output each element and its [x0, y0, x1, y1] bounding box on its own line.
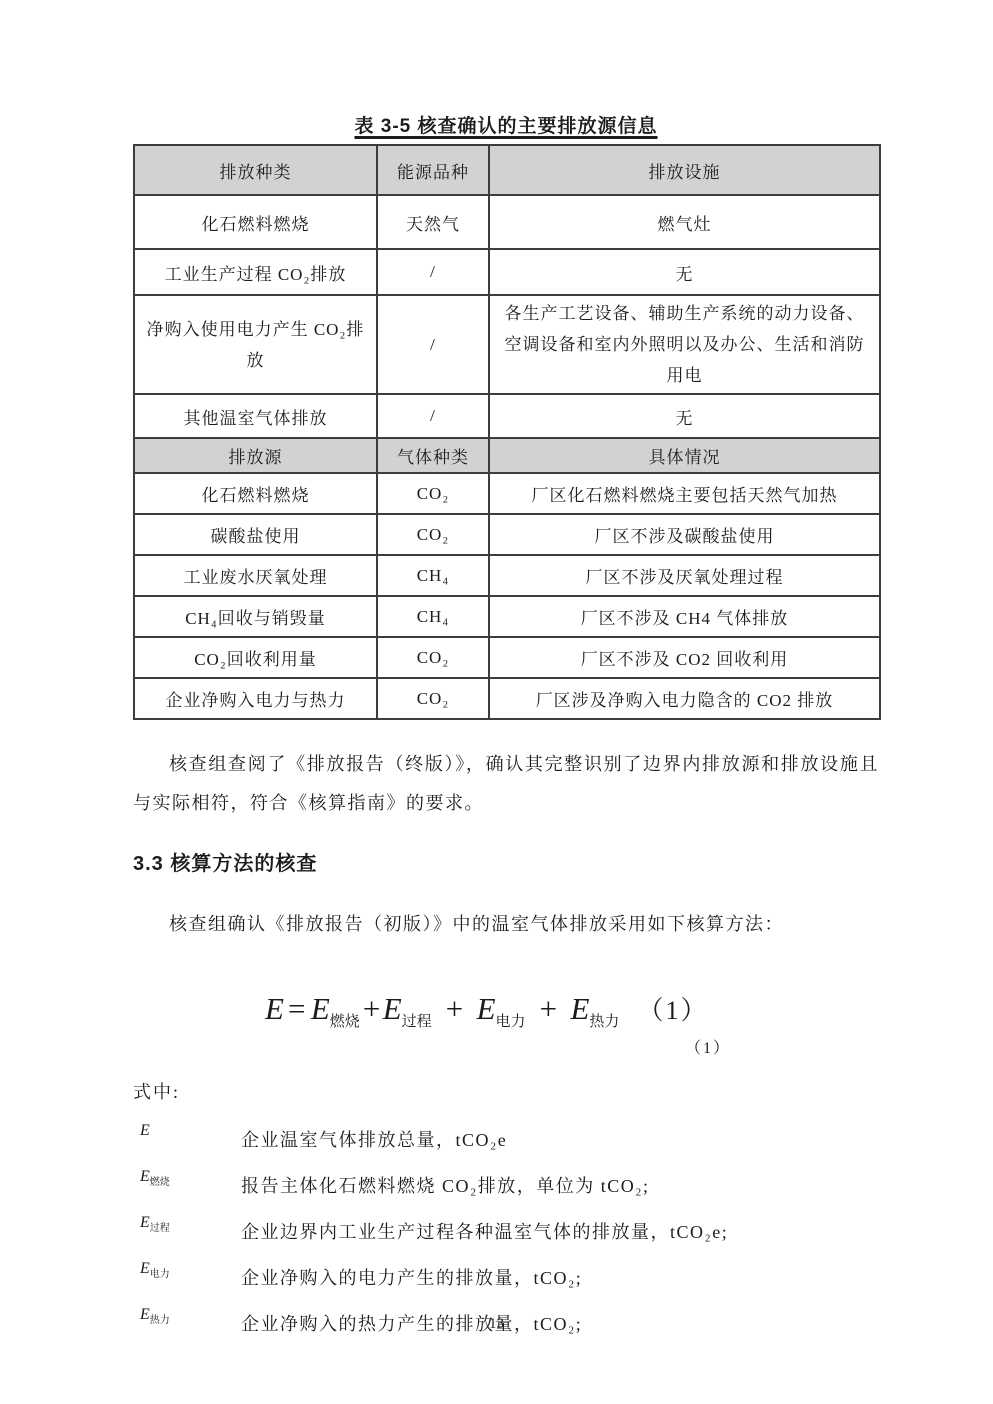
page-number: 13 [0, 1316, 993, 1333]
table-row: 工业生产过程 CO₂排放 / 无 [134, 249, 880, 295]
table-cell: 厂区不涉及碳酸盐使用 [489, 514, 880, 555]
section-heading-3-3: 3.3 核算方法的核查 [133, 847, 879, 876]
table-cell: CO₂ [377, 678, 489, 719]
formula-term-sub: 电力 [496, 1014, 526, 1030]
table-cell: CO₂回收利用量 [134, 637, 377, 678]
table-row: 企业净购入电力与热力 CO₂ 厂区涉及净购入电力隐含的 CO2 排放 [134, 678, 880, 719]
definition-symbol: E过程 [133, 1214, 241, 1234]
formula-number-below: （1） [133, 1035, 879, 1058]
formula-lhs: E [265, 991, 284, 1026]
table-row: 碳酸盐使用 CO₂ 厂区不涉及碳酸盐使用 [134, 514, 880, 555]
table-cell: 工业生产过程 CO₂排放 [134, 249, 377, 295]
symbol-base: E [140, 1214, 150, 1231]
table-row: 化石燃料燃烧 天然气 燃气灶 [134, 195, 880, 249]
table-header-row-1: 排放种类 能源品种 排放设施 [134, 145, 880, 195]
symbol-sub: 电力 [150, 1269, 170, 1280]
formula-equals: = [286, 991, 307, 1026]
table-header-row-2: 排放源 气体种类 具体情况 [134, 438, 880, 473]
table-cell: / [377, 249, 489, 295]
table-cell: 净购入使用电力产生 CO₂排放 [134, 295, 377, 394]
definitions-list: E 企业温室气体排放总量，tCO₂e E燃烧 报告主体化石燃料燃烧 CO₂排放，… [133, 1126, 879, 1339]
table-cell: / [377, 394, 489, 438]
definition-text: 企业温室气体排放总量，tCO₂e [241, 1126, 507, 1155]
table-row: 工业废水厌氧处理 CH₄ 厂区不涉及厌氧处理过程 [134, 555, 880, 596]
paragraph-verification-conclusion: 核查组查阅了《排放报告（终版）》，确认其完整识别了边界内排放源和排放设施且与实际… [133, 745, 879, 823]
table-row: CO₂回收利用量 CO₂ 厂区不涉及 CO2 回收利用 [134, 637, 880, 678]
header-cell: 能源品种 [377, 145, 489, 195]
table-cell: 企业净购入电力与热力 [134, 678, 377, 719]
definition-symbol: E电力 [133, 1260, 241, 1280]
table-cell: 厂区化石燃料燃烧主要包括天然气加热 [489, 473, 880, 514]
formula-plus: + [538, 991, 559, 1026]
emission-sources-table: 排放种类 能源品种 排放设施 化石燃料燃烧 天然气 燃气灶 工业生产过程 CO₂… [133, 144, 881, 720]
formula-plus: + [444, 991, 465, 1026]
header-cell: 排放设施 [489, 145, 880, 195]
definition-symbol: E燃烧 [133, 1168, 241, 1188]
formula-term-base: E [383, 991, 402, 1026]
table-row: 净购入使用电力产生 CO₂排放 / 各生产工艺设备、辅助生产系统的动力设备、空调… [134, 295, 880, 394]
table-cell: 厂区不涉及 CH4 气体排放 [489, 596, 880, 637]
symbol-sub: 燃烧 [150, 1177, 170, 1188]
definitions-intro: 式中: [133, 1078, 879, 1104]
table-cell: CO₂ [377, 637, 489, 678]
definition-text: 报告主体化石燃料燃烧 CO₂排放，单位为 tCO₂; [241, 1172, 650, 1201]
symbol-base: E [140, 1260, 150, 1277]
definition-symbol: E [133, 1122, 241, 1142]
table-cell: 工业废水厌氧处理 [134, 555, 377, 596]
table-cell: CO₂ [377, 473, 489, 514]
table-cell: 化石燃料燃烧 [134, 473, 377, 514]
header-cell: 具体情况 [489, 438, 880, 473]
table-cell: CH₄ [377, 555, 489, 596]
definition-text: 企业净购入的电力产生的排放量，tCO₂; [241, 1264, 582, 1293]
table-cell: 各生产工艺设备、辅助生产系统的动力设备、空调设备和室内外照明以及办公、生活和消防… [489, 295, 880, 394]
formula-equation-1: E=E燃烧+E过程+E电力+E热力（1） [133, 990, 879, 1031]
formula-term-sub: 热力 [589, 1014, 619, 1030]
paragraph-method-intro: 核查组确认《排放报告（初版）》中的温室气体排放采用如下核算方法： [133, 905, 879, 944]
symbol-base: E [140, 1168, 150, 1185]
formula-number-inline: （1） [637, 996, 708, 1025]
table-cell: 无 [489, 394, 880, 438]
symbol-base: E [140, 1122, 150, 1139]
symbol-sub: 过程 [150, 1223, 170, 1234]
table-cell: 天然气 [377, 195, 489, 249]
document-page: 表 3-5 核查确认的主要排放源信息 排放种类 能源品种 排放设施 化石燃料燃烧… [0, 0, 993, 1404]
formula-term-base: E [570, 991, 589, 1026]
table-cell: 厂区不涉及 CO2 回收利用 [489, 637, 880, 678]
definition-text: 企业边界内工业生产过程各种温室气体的排放量，tCO₂e; [241, 1218, 728, 1247]
table-row: 化石燃料燃烧 CO₂ 厂区化石燃料燃烧主要包括天然气加热 [134, 473, 880, 514]
header-cell: 排放种类 [134, 145, 377, 195]
formula-term-sub: 燃烧 [330, 1014, 360, 1030]
definition-item: E电力 企业净购入的电力产生的排放量，tCO₂; [133, 1264, 879, 1293]
formula-term-base: E [477, 991, 496, 1026]
formula-term-sub: 过程 [402, 1014, 432, 1030]
formula-term-base: E [311, 991, 330, 1026]
table-cell: 无 [489, 249, 880, 295]
header-cell: 排放源 [134, 438, 377, 473]
definition-item: E 企业温室气体排放总量，tCO₂e [133, 1126, 879, 1155]
table-cell: CH₄回收与销毁量 [134, 596, 377, 637]
definition-item: E燃烧 报告主体化石燃料燃烧 CO₂排放，单位为 tCO₂; [133, 1172, 879, 1201]
table-cell: 厂区不涉及厌氧处理过程 [489, 555, 880, 596]
table-cell: 碳酸盐使用 [134, 514, 377, 555]
page-content: 表 3-5 核查确认的主要排放源信息 排放种类 能源品种 排放设施 化石燃料燃烧… [133, 0, 879, 1356]
table-cell: CO₂ [377, 514, 489, 555]
formula-plus: + [361, 991, 382, 1026]
table-cell: / [377, 295, 489, 394]
table-row: CH₄回收与销毁量 CH₄ 厂区不涉及 CH4 气体排放 [134, 596, 880, 637]
table-cell: 燃气灶 [489, 195, 880, 249]
definition-item: E过程 企业边界内工业生产过程各种温室气体的排放量，tCO₂e; [133, 1218, 879, 1247]
table-cell: 化石燃料燃烧 [134, 195, 377, 249]
table-row: 其他温室气体排放 / 无 [134, 394, 880, 438]
table-cell: 其他温室气体排放 [134, 394, 377, 438]
header-cell: 气体种类 [377, 438, 489, 473]
table-cell: 厂区涉及净购入电力隐含的 CO2 排放 [489, 678, 880, 719]
table-caption: 表 3-5 核查确认的主要排放源信息 [133, 111, 879, 138]
table-cell: CH₄ [377, 596, 489, 637]
